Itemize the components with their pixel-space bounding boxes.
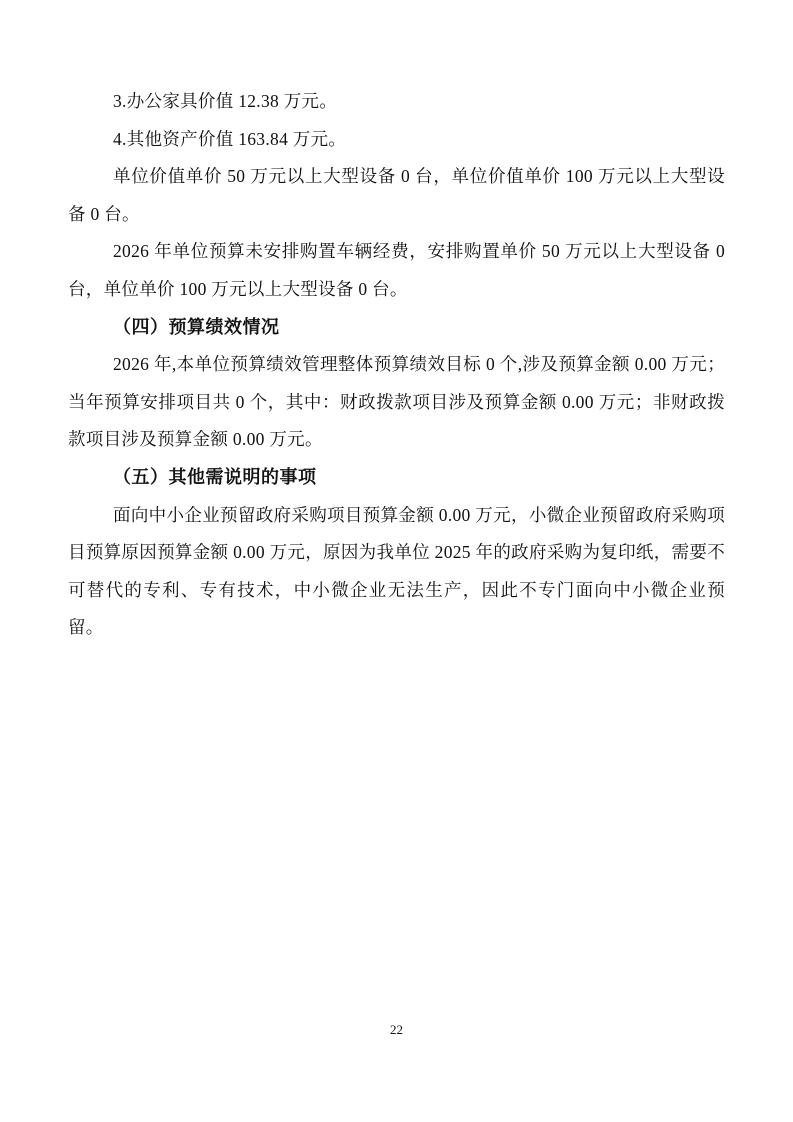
document-content: 3.办公家具价值 12.38 万元。 4.其他资产价值 163.84 万元。 单… [68,83,725,647]
paragraph-2026-vehicle-equipment-budget: 2026 年单位预算未安排购置车辆经费，安排购置单价 50 万元以上大型设备 0… [68,233,725,308]
paragraph-large-equipment-counts: 单位价值单价 50 万元以上大型设备 0 台，单位价值单价 100 万元以上大型… [68,158,725,233]
paragraph-other-assets-value: 4.其他资产价值 163.84 万元。 [68,121,725,159]
paragraph-budget-performance-detail: 2026 年,本单位预算绩效管理整体预算绩效目标 0 个,涉及预算金额 0.00… [68,346,725,459]
section-heading-other-matters: （五）其他需说明的事项 [68,459,725,497]
page-number: 22 [0,1022,793,1038]
paragraph-office-furniture-value: 3.办公家具价值 12.38 万元。 [68,83,725,121]
section-heading-budget-performance: （四）预算绩效情况 [68,309,725,347]
paragraph-sme-procurement-reserve: 面向中小企业预留政府采购项目预算金额 0.00 万元，小微企业预留政府采购项目预… [68,497,725,647]
document-page: 3.办公家具价值 12.38 万元。 4.其他资产价值 163.84 万元。 单… [0,0,793,1122]
